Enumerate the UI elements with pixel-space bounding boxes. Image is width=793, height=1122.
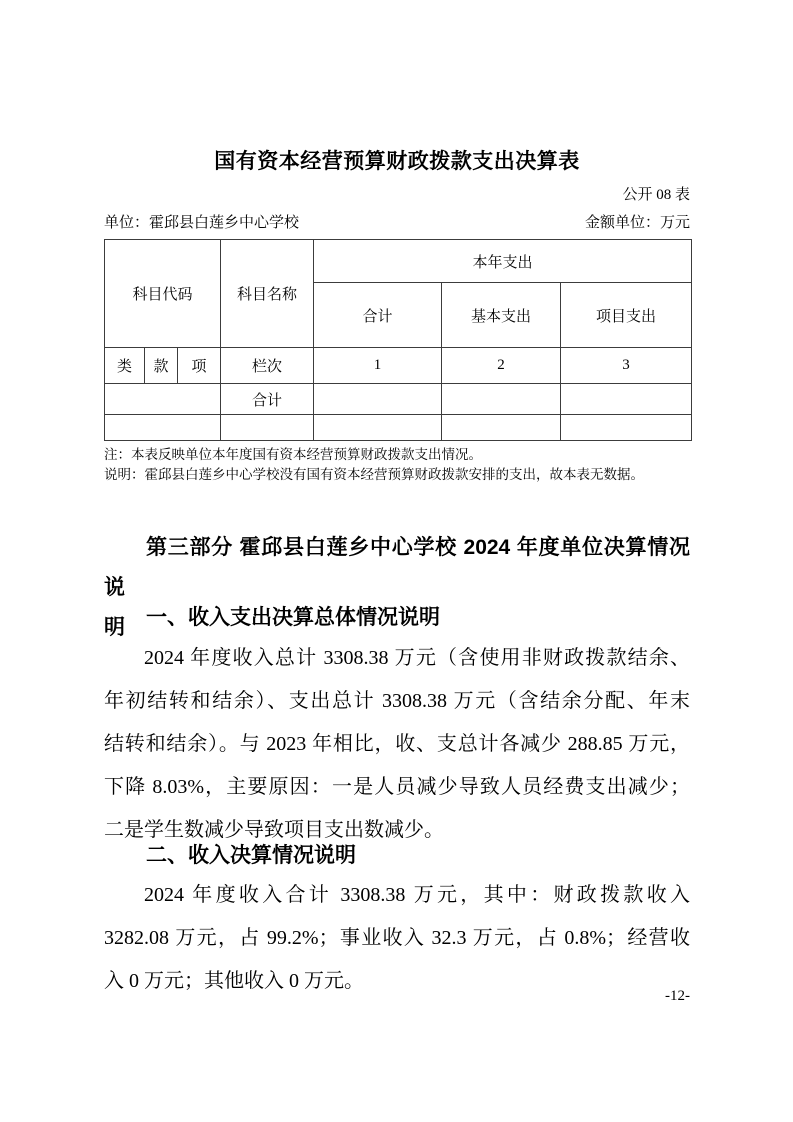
paragraph-1: 2024 年度收入总计 3308.38 万元（含使用非财政拨款结余、 年初结转和…: [104, 637, 690, 852]
unit-row: 单位：霍邱县白莲乡中心学校 金额单位：万元: [104, 211, 690, 232]
page-title: 国有资本经营预算财政拨款支出决算表: [104, 145, 690, 175]
empty-value-cell: [561, 415, 692, 441]
table-total-row: 合计: [105, 384, 692, 415]
code-category-cell: 类: [105, 348, 145, 384]
empty-name-cell: [221, 415, 314, 441]
document-page: 国有资本经营预算财政拨款支出决算表 公开 08 表 单位：霍邱县白莲乡中心学校 …: [0, 0, 793, 1122]
column-number-1: 1: [314, 348, 442, 384]
empty-value-cell: [442, 384, 561, 415]
code-section-cell: 款: [145, 348, 178, 384]
table-header-row-1: 科目代码 科目名称 本年支出: [105, 240, 692, 283]
column-number-2: 2: [442, 348, 561, 384]
paragraph-line: 年初结转和结余）、支出总计 3308.38 万元（含结余分配、年末: [104, 680, 690, 723]
table-column-index-row: 类 款 项 栏次 1 2 3: [105, 348, 692, 384]
paragraph-line: 下降 8.03%，主要原因：一是人员减少导致人员经费支出减少；: [104, 766, 690, 809]
explanation-line: 说明：霍邱县白莲乡中心学校没有国有资本经营预算财政拨款安排的支出，故本表无数据。: [104, 465, 690, 485]
paragraph-line: 2024 年度收入合计 3308.38 万元，其中：财政拨款收入: [104, 874, 690, 917]
section-heading-line-1: 第三部分 霍邱县白莲乡中心学校 2024 年度单位决算情况说: [104, 528, 690, 608]
table-code-label: 公开 08 表: [104, 183, 690, 204]
paragraph-line: 3282.08 万元，占 99.2%；事业收入 32.3 万元，占 0.8%；经…: [104, 917, 690, 960]
expenditure-table: 科目代码 科目名称 本年支出 合计 基本支出 项目支出 类 款 项 栏次 1 2…: [104, 239, 692, 441]
subsection-2-heading: 二、收入决算情况说明: [104, 842, 690, 870]
subsection-1-heading: 一、收入支出决算总体情况说明: [104, 604, 690, 632]
code-item-cell: 项: [178, 348, 221, 384]
unit-label: 单位：霍邱县白莲乡中心学校: [104, 211, 299, 232]
table-notes: 注：本表反映单位本年度国有资本经营预算财政拨款支出情况。 说明：霍邱县白莲乡中心…: [104, 445, 690, 485]
column-number-3: 3: [561, 348, 692, 384]
total-row-label: 合计: [221, 384, 314, 415]
header-subject-code: 科目代码: [105, 240, 221, 348]
amount-unit-label: 金额单位：万元: [585, 211, 690, 232]
paragraph-2: 2024 年度收入合计 3308.38 万元，其中：财政拨款收入 3282.08…: [104, 874, 690, 1003]
header-project-expenditure: 项目支出: [561, 283, 692, 348]
paragraph-line: 2024 年度收入总计 3308.38 万元（含使用非财政拨款结余、: [104, 637, 690, 680]
table-empty-row: [105, 415, 692, 441]
empty-code-cell: [105, 384, 221, 415]
header-current-year-expenditure: 本年支出: [314, 240, 692, 283]
empty-value-cell: [561, 384, 692, 415]
empty-value-cell: [314, 384, 442, 415]
empty-value-cell: [442, 415, 561, 441]
empty-code-cell: [105, 415, 221, 441]
header-total: 合计: [314, 283, 442, 348]
header-subject-name: 科目名称: [221, 240, 314, 348]
header-basic-expenditure: 基本支出: [442, 283, 561, 348]
column-index-label: 栏次: [221, 348, 314, 384]
page-number: -12-: [104, 988, 690, 1005]
paragraph-line: 结转和结余）。与 2023 年相比，收、支总计各减少 288.85 万元，: [104, 723, 690, 766]
empty-value-cell: [314, 415, 442, 441]
note-line: 注：本表反映单位本年度国有资本经营预算财政拨款支出情况。: [104, 445, 690, 465]
